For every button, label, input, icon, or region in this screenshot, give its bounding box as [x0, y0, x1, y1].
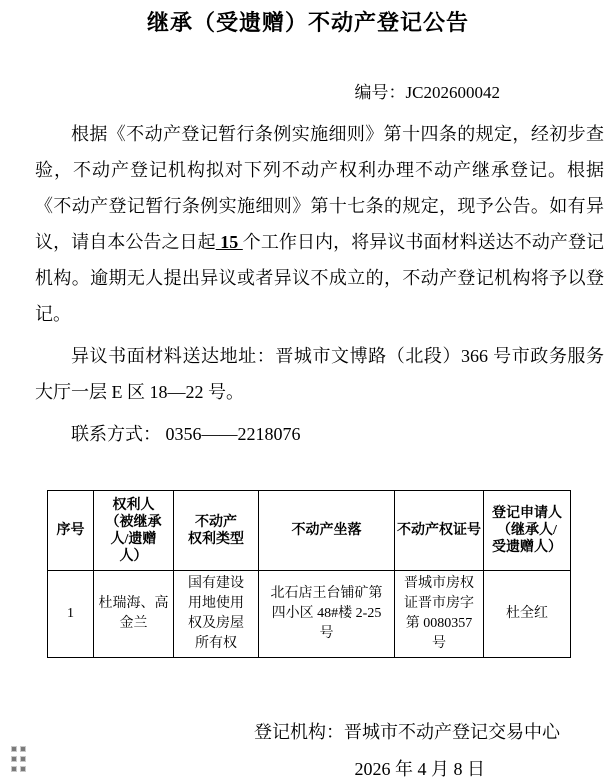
- col-header-property-location: 不动产坐落: [259, 491, 395, 571]
- col-header-right-holder: 权利人 （被继承 人/遗赠 人）: [94, 491, 174, 571]
- drag-handle-icon[interactable]: [12, 747, 25, 771]
- table-header-row: 序号 权利人 （被继承 人/遗赠 人） 不动产 权利类型 不动产坐落 不动产权证…: [48, 491, 571, 571]
- table-row: 1 杜瑞海、高 金兰 国有建设 用地使用 权及房屋 所有权 北石店王台铺矿第 四…: [48, 571, 571, 658]
- objection-days-value: 15: [216, 232, 243, 252]
- grip-dot: [12, 747, 16, 751]
- col-header-applicant: 登记申请人 （继承人/ 受遗赠人）: [484, 491, 571, 571]
- grip-dot: [21, 767, 25, 771]
- notice-paragraph-contact: 联系方式： 0356——2218076: [35, 416, 604, 452]
- notice-paragraph-address: 异议书面材料送达地址：晋城市文博路（北段）366 号市政务服务大厅一层 E 区 …: [35, 338, 604, 410]
- registration-table: 序号 权利人 （被继承 人/遗赠 人） 不动产 权利类型 不动产坐落 不动产权证…: [47, 490, 571, 658]
- notice-paragraph-main: 根据《不动产登记暂行条例实施细则》第十四条的规定，经初步查验，不动产登记机构拟对…: [35, 116, 604, 332]
- cell-applicant: 杜全红: [484, 571, 571, 658]
- grip-dot: [21, 757, 25, 761]
- grip-dot: [12, 767, 16, 771]
- cell-property-location: 北石店王台铺矿第 四小区 48#楼 2-25 号: [259, 571, 395, 658]
- doc-number: 编号：JC202600042: [0, 82, 616, 104]
- announcement-date: 2026 年 4 月 8 日: [0, 757, 616, 781]
- cell-certificate-number: 晋城市房权 证晋市房字 第 0080357 号: [395, 571, 484, 658]
- col-header-right-type: 不动产 权利类型: [174, 491, 259, 571]
- registration-agency: 登记机构：晋城市不动产登记交易中心: [0, 720, 616, 745]
- grip-dot: [12, 757, 16, 761]
- notice-body: 根据《不动产登记暂行条例实施细则》第十四条的规定，经初步查验，不动产登记机构拟对…: [35, 116, 604, 452]
- col-header-certificate-number: 不动产权证号: [395, 491, 484, 571]
- col-header-serial-number: 序号: [48, 491, 94, 571]
- announcement-page: 继承（受遗赠）不动产登记公告 编号：JC202600042 根据《不动产登记暂行…: [0, 0, 616, 781]
- cell-right-type: 国有建设 用地使用 权及房屋 所有权: [174, 571, 259, 658]
- cell-serial-number: 1: [48, 571, 94, 658]
- grip-dot: [21, 747, 25, 751]
- page-title: 继承（受遗赠）不动产登记公告: [0, 0, 616, 38]
- cell-right-holder: 杜瑞海、高 金兰: [94, 571, 174, 658]
